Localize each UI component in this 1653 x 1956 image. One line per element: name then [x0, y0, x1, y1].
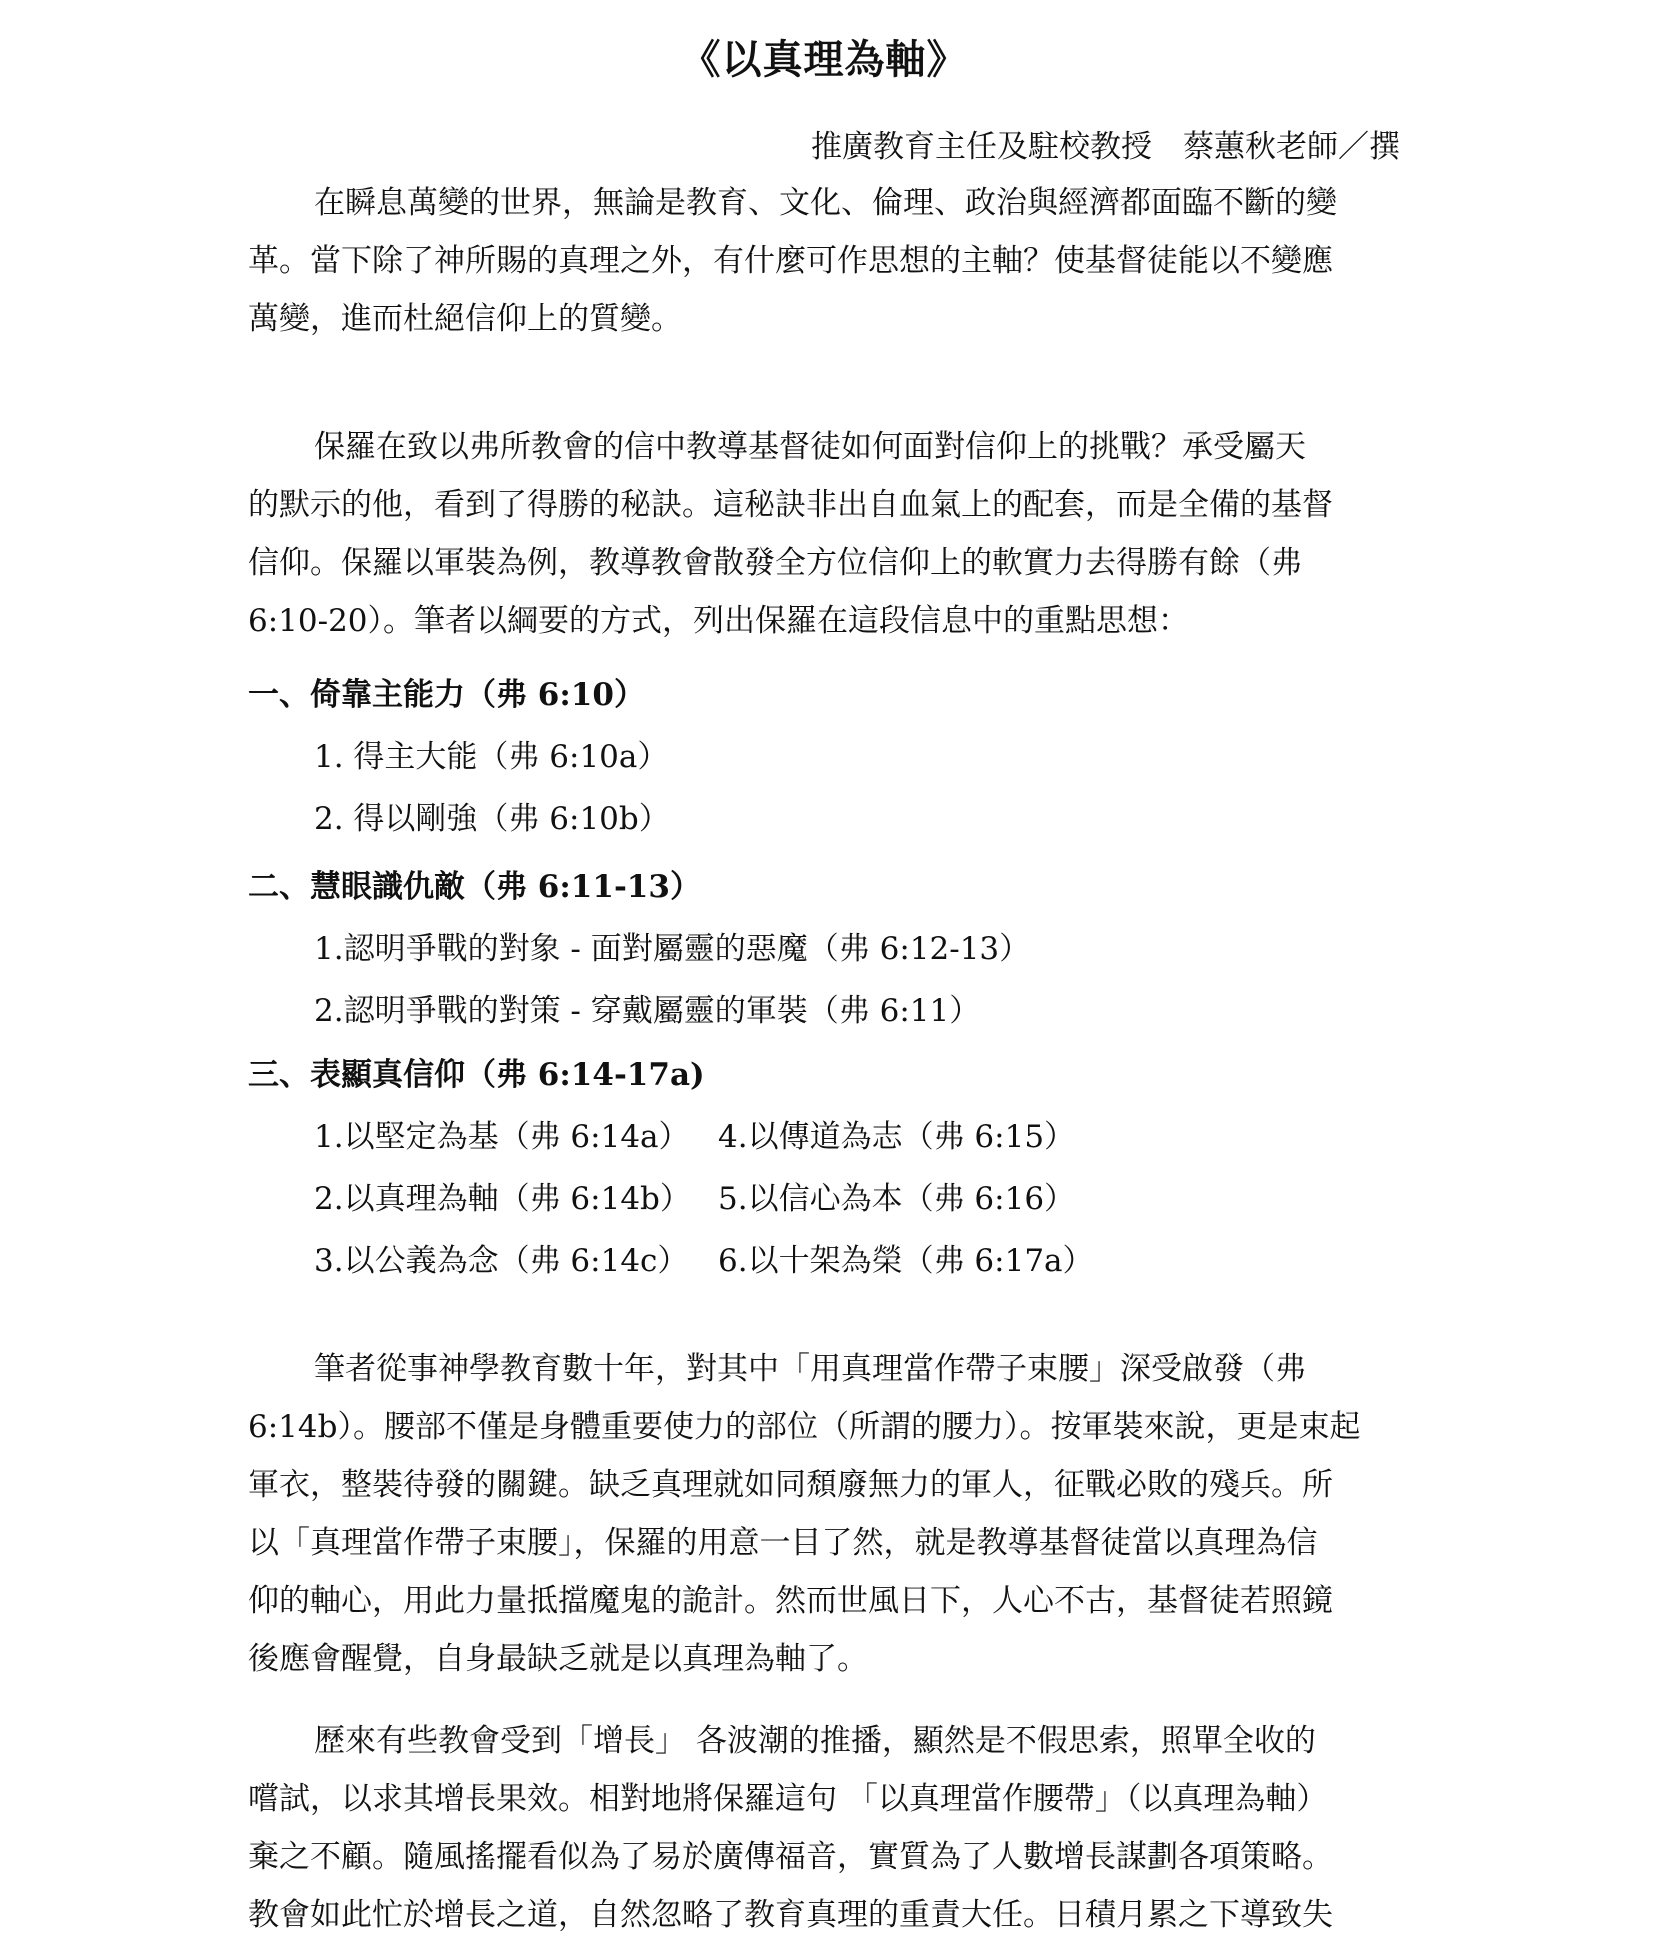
outline-item: 1. 得主大能（弗 6:10a）: [314, 732, 668, 782]
paragraph-line: 6:14b）。腰部不僅是身體重要使力的部位（所謂的腰力）。按軍裝來說，更是束起: [248, 1398, 1400, 1456]
document-title: 《以真理為軸》: [248, 30, 1400, 90]
paragraph-line: 革。當下除了神所賜的真理之外，有什麼可作思想的主軸？使基督徒能以不變應: [248, 232, 1400, 290]
outline-item: 2. 得以剛強（弗 6:10b）: [314, 794, 670, 844]
paragraph-line: 教會如此忙於增長之道，自然忽略了教育真理的重責大任。日積月累之下導致失: [248, 1886, 1400, 1944]
paragraph-line: 歷來有些教會受到「增長」 各波潮的推播，顯然是不假思索，照單全收的: [248, 1712, 1400, 1770]
outline-item: 5.以信心為本（弗 6:16）: [718, 1174, 1075, 1224]
outline-heading-2: 二、慧眼識仇敵（弗 6:11-13）: [248, 862, 701, 912]
paragraph-line: 仰的軸心，用此力量抵擋魔鬼的詭計。然而世風日下，人心不古，基督徒若照鏡: [248, 1572, 1400, 1630]
outline-item: 1.認明爭戰的對象 - 面對屬靈的惡魔（弗 6:12-13）: [314, 924, 1030, 974]
paragraph-intro: 在瞬息萬變的世界，無論是教育、文化、倫理、政治與經濟都面臨不斷的變 革。當下除了…: [248, 174, 1400, 348]
paragraph-line: 嚐試，以求其增長果效。相對地將保羅這句 「以真理當作腰帶」（以真理為軸）: [248, 1770, 1400, 1828]
paragraph-line: 保羅在致以弗所教會的信中教導基督徒如何面對信仰上的挑戰？承受屬天: [248, 418, 1400, 476]
outline-item: 4.以傳道為志（弗 6:15）: [718, 1112, 1075, 1162]
outline-item: 2.認明爭戰的對策 - 穿戴屬靈的軍裝（弗 6:11）: [314, 986, 980, 1036]
outline-item: 2.以真理為軸（弗 6:14b）: [314, 1174, 691, 1224]
paragraph-line: 以「真理當作帶子束腰」，保羅的用意一目了然，就是教導基督徒當以真理為信: [248, 1514, 1400, 1572]
paragraph-reflection: 筆者從事神學教育數十年，對其中「用真理當作帶子束腰」深受啟發（弗 6:14b）。…: [248, 1340, 1400, 1688]
paragraph-church-growth: 歷來有些教會受到「增長」 各波潮的推播，顯然是不假思索，照單全收的 嚐試，以求其…: [248, 1712, 1400, 1944]
outline-item: 6.以十架為榮（弗 6:17a）: [718, 1236, 1094, 1286]
paragraph-line: 的默示的他，看到了得勝的秘訣。這秘訣非出自血氣上的配套，而是全備的基督: [248, 476, 1400, 534]
outline-heading-3: 三、表顯真信仰（弗 6:14-17a): [248, 1050, 705, 1100]
paragraph-line: 信仰。保羅以軍裝為例，教導教會散發全方位信仰上的軟實力去得勝有餘（弗: [248, 534, 1400, 592]
outline-item: 3.以公義為念（弗 6:14c）: [314, 1236, 688, 1286]
author-line: 推廣教育主任及駐校教授 蔡蕙秋老師／撰: [811, 122, 1400, 172]
paragraph-line: 筆者從事神學教育數十年，對其中「用真理當作帶子束腰」深受啟發（弗: [248, 1340, 1400, 1398]
paragraph-line: 軍衣，整裝待發的關鍵。缺乏真理就如同頹廢無力的軍人，征戰必敗的殘兵。所: [248, 1456, 1400, 1514]
paragraph-ephesians: 保羅在致以弗所教會的信中教導基督徒如何面對信仰上的挑戰？承受屬天 的默示的他，看…: [248, 418, 1400, 650]
paragraph-line: 棄之不顧。隨風搖擺看似為了易於廣傳福音，實質為了人數增長謀劃各項策略。: [248, 1828, 1400, 1886]
paragraph-line: 6:10-20）。筆者以綱要的方式，列出保羅在這段信息中的重點思想：: [248, 592, 1400, 650]
outline-heading-1: 一、倚靠主能力（弗 6:10）: [248, 670, 645, 720]
paragraph-line: 萬變，進而杜絕信仰上的質變。: [248, 290, 1400, 348]
paragraph-line: 後應會醒覺，自身最缺乏就是以真理為軸了。: [248, 1630, 1400, 1688]
paragraph-line: 在瞬息萬變的世界，無論是教育、文化、倫理、政治與經濟都面臨不斷的變: [248, 174, 1400, 232]
outline-item: 1.以堅定為基（弗 6:14a）: [314, 1112, 690, 1162]
